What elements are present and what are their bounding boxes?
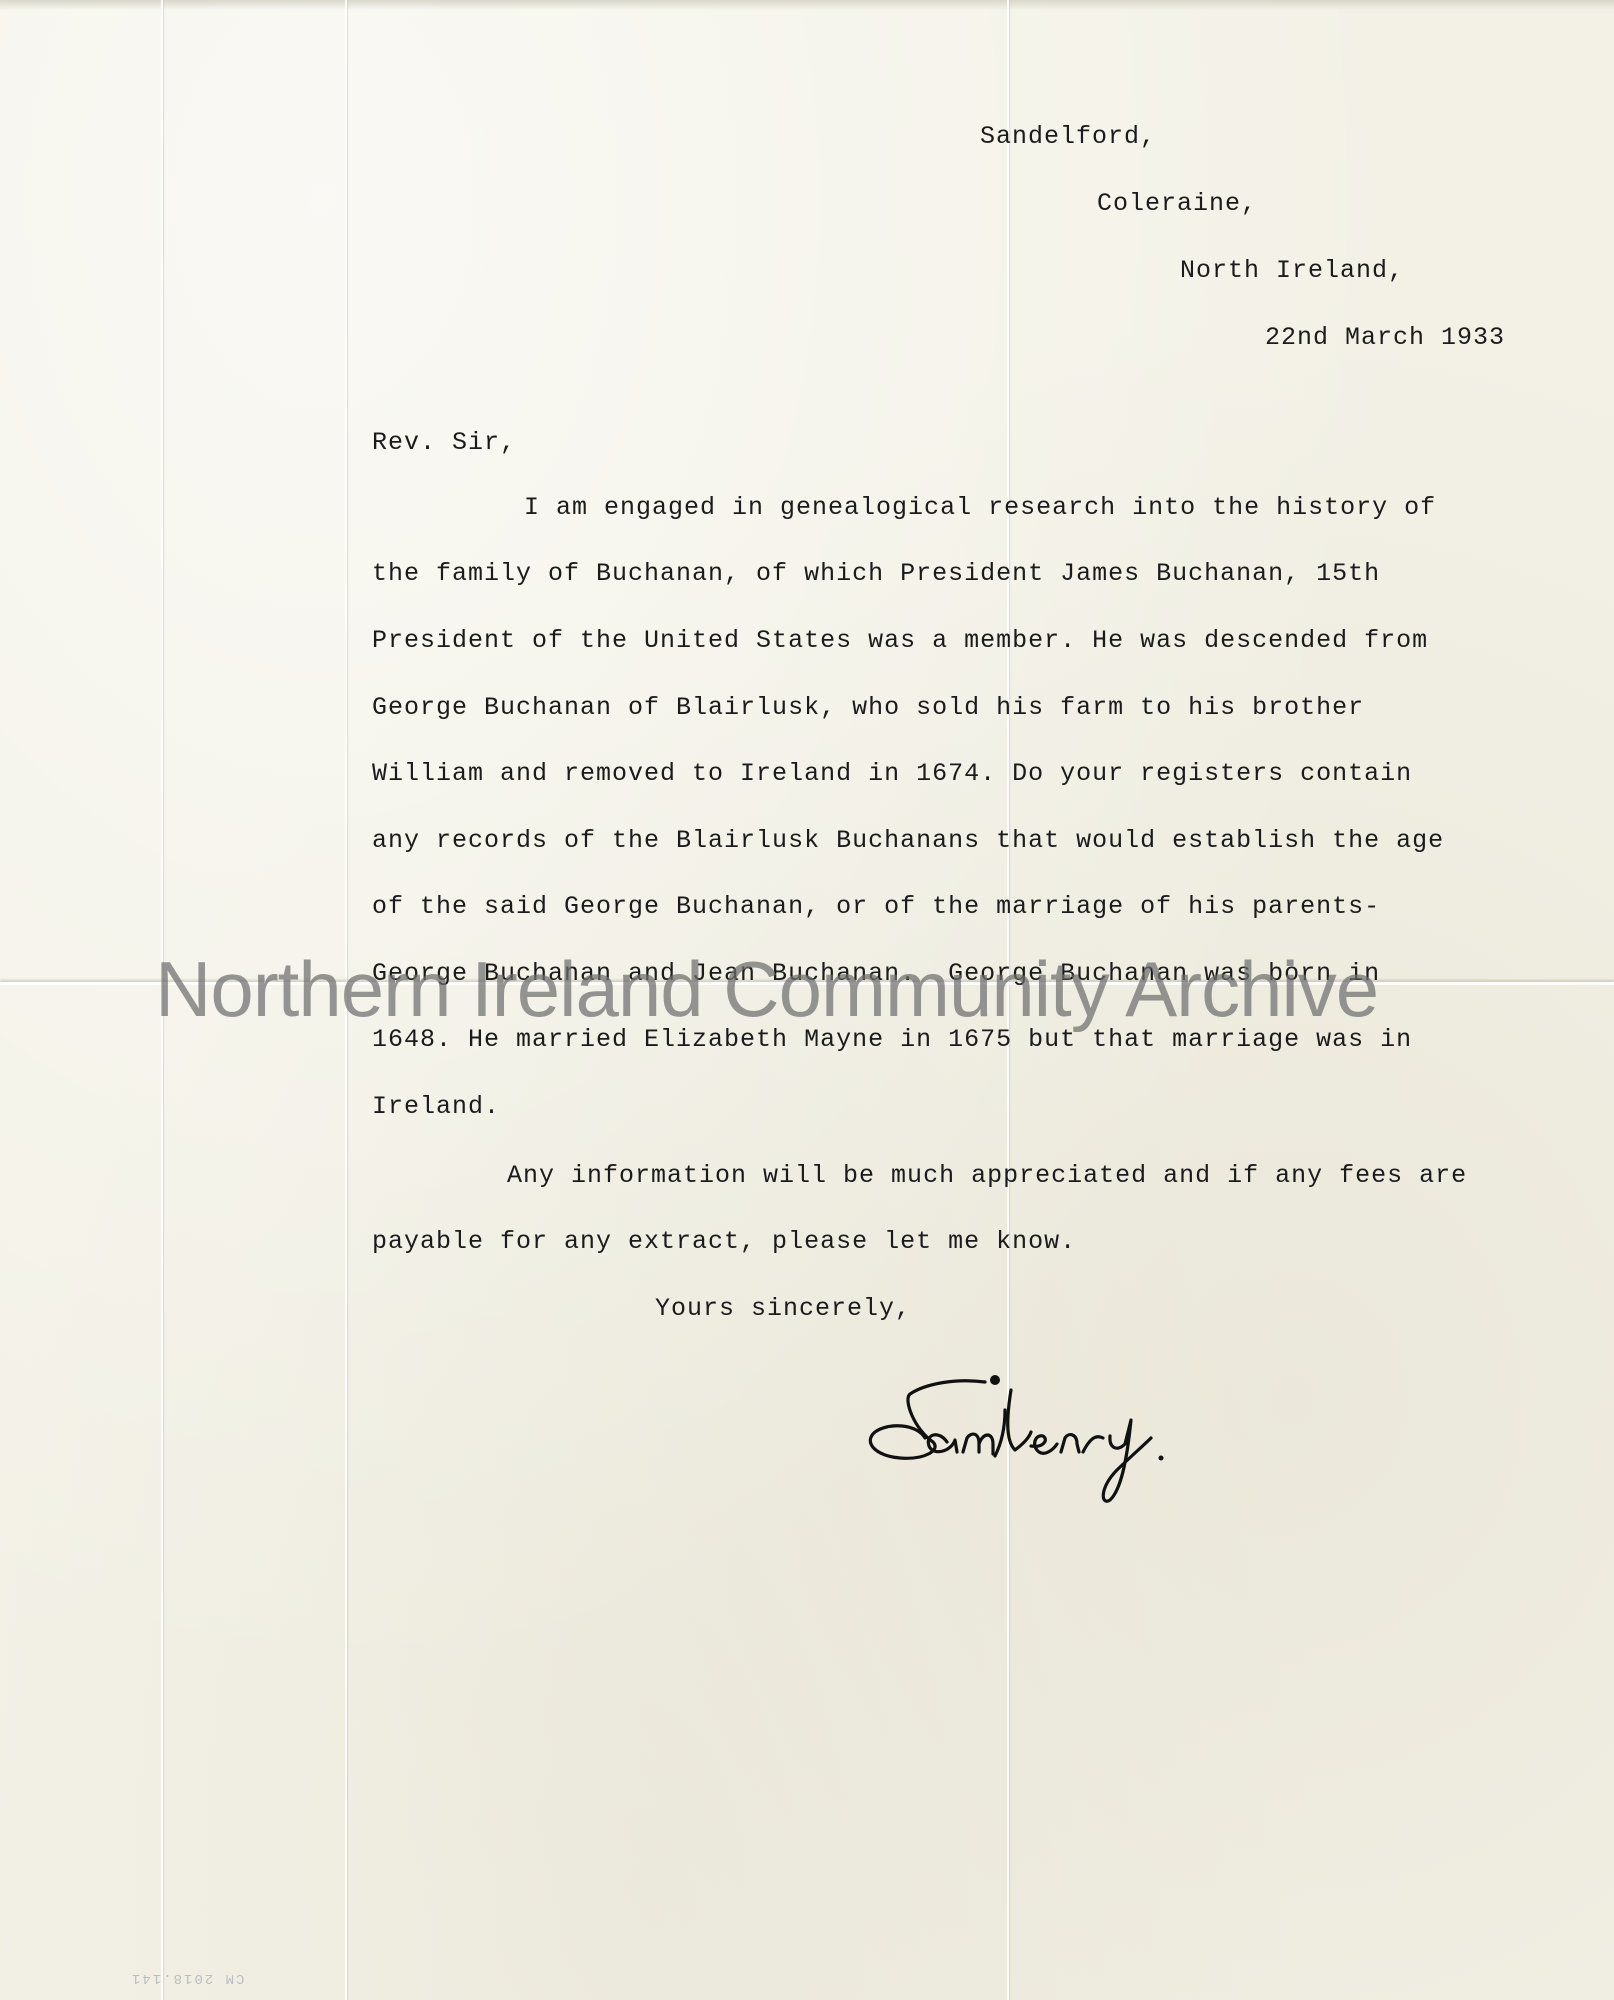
- body-line: Ireland.: [372, 1094, 500, 1119]
- body-line: William and removed to Ireland in 1674. …: [372, 761, 1412, 786]
- body-line: the family of Buchanan, of which Preside…: [372, 561, 1380, 586]
- closing: Yours sincerely,: [655, 1296, 911, 1321]
- body-line: President of the United States was a mem…: [372, 628, 1428, 653]
- paper-top-edge: [0, 0, 1614, 10]
- body-line: Any information will be much appreciated…: [507, 1163, 1467, 1188]
- salutation: Rev. Sir,: [372, 430, 516, 455]
- body-line: George Buchanan of Blairlusk, who sold h…: [372, 695, 1364, 720]
- body-line: I am engaged in genealogical research in…: [524, 495, 1436, 520]
- address-line-3: North Ireland,: [1180, 258, 1404, 283]
- body-line: payable for any extract, please let me k…: [372, 1229, 1076, 1254]
- archive-watermark: Northern Ireland Community Archive: [155, 950, 1378, 1028]
- letter-date: 22nd March 1933: [1265, 325, 1505, 350]
- body-line: of the said George Buchanan, or of the m…: [372, 894, 1380, 919]
- archive-reference-stamp: CM 2018.141: [130, 1970, 244, 1986]
- address-line-2: Coleraine,: [1097, 191, 1257, 216]
- handwritten-signature: [855, 1360, 1275, 1510]
- body-line: any records of the Blairlusk Buchanans t…: [372, 828, 1444, 853]
- address-line-1: Sandelford,: [980, 124, 1156, 149]
